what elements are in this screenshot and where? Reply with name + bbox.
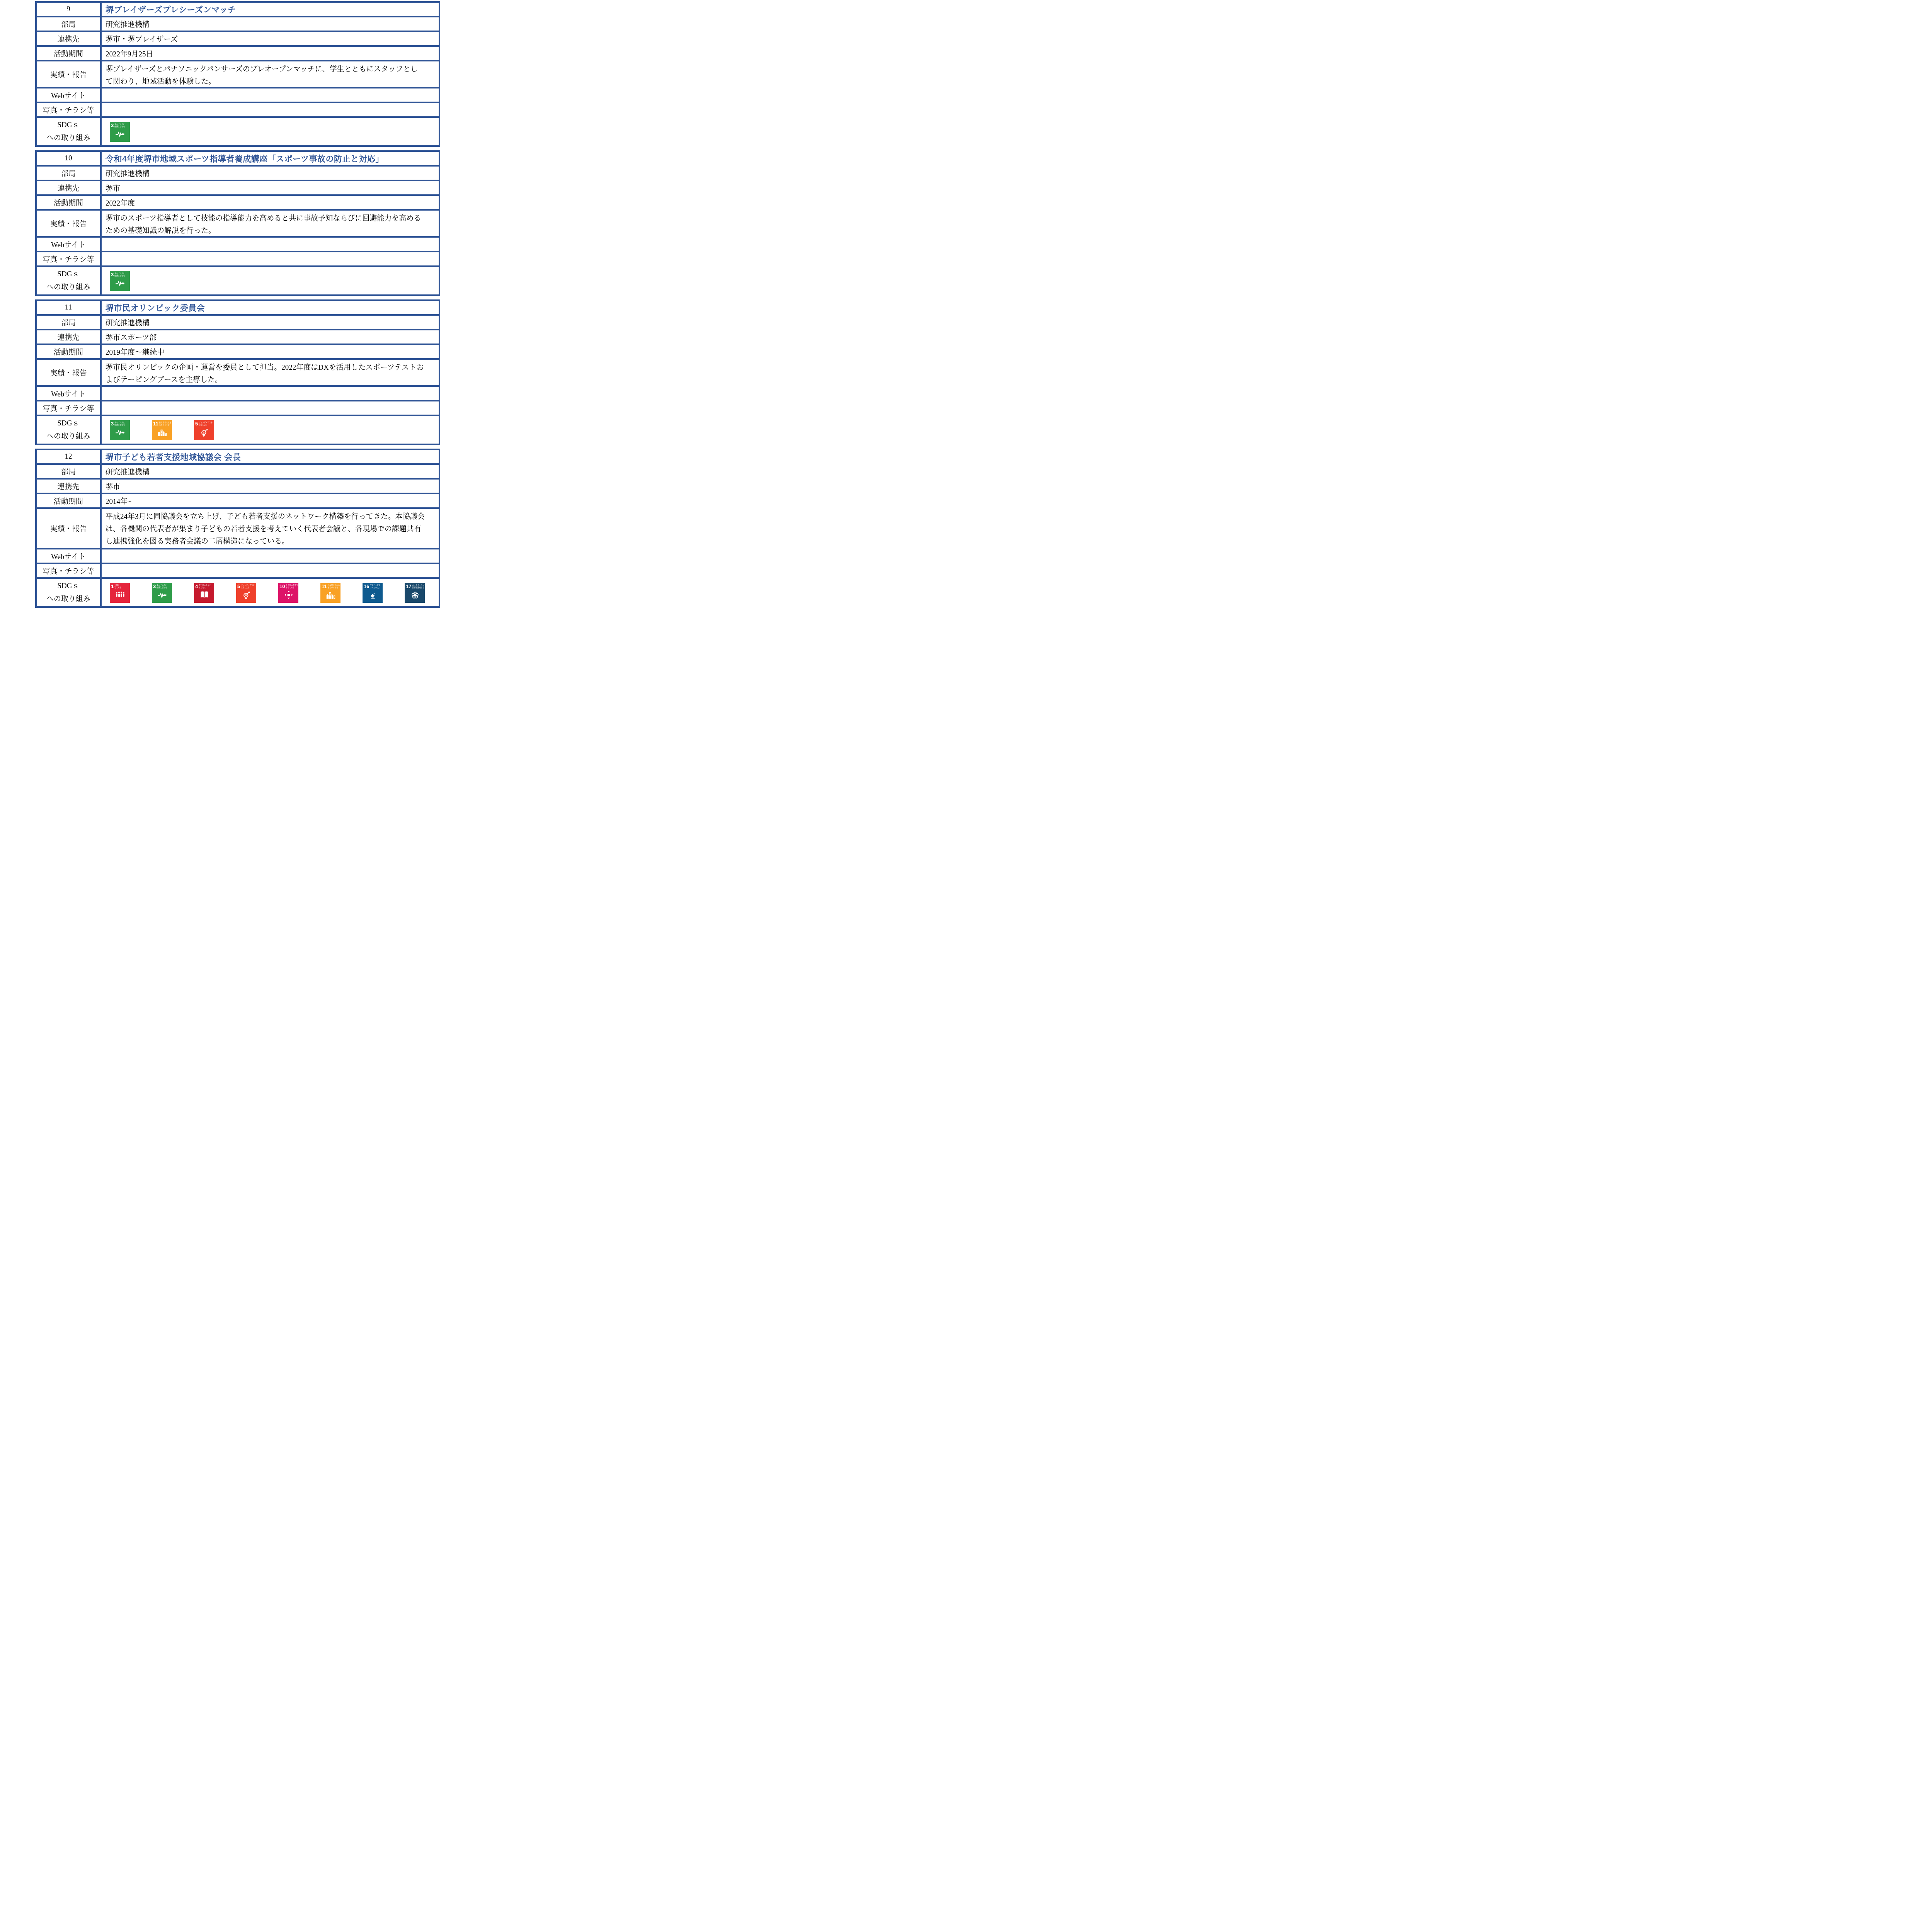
row-label-period: 活動期間 [37, 494, 102, 507]
row-period: 活動期間 2022年9月25日 [37, 45, 439, 60]
table-header-row: 12 堺市子ども若者支援地域協議会 会長 [37, 450, 439, 463]
sdg-goal-5-icon: 5ジェンダー平等を実現しよう [236, 583, 256, 603]
sdg-label-line2: への取り組み [46, 430, 90, 443]
sdg-goal-number: 10 [279, 584, 285, 589]
record-title: 堺ブレイザーズプレシーズンマッチ [102, 3, 439, 16]
sdg-goal-caption: 貧困をなくそう [114, 584, 121, 589]
sdg-goal-caption: ジェンダー平等を実現しよう [199, 421, 213, 426]
row-label-partner: 連携先 [37, 480, 102, 493]
sdg-label-line1: SDGｓ [57, 417, 79, 430]
partner-value: 堺市 [102, 480, 439, 493]
row-label-results: 実績・報告 [37, 211, 102, 236]
row-period: 活動期間 2014年~ [37, 493, 439, 507]
sdg-label-line1: SDGｓ [57, 268, 79, 281]
sdg-goal-3-icon: 3すべての人に健康と福祉を [110, 122, 130, 142]
results-value: 堺市民オリンピックの企画・運営を委員として担当。2022年度はDXを活用したスポ… [102, 360, 439, 385]
results-line: 堺市民オリンピックの企画・運営を委員として担当。2022年度はDXを活用したスポ… [106, 362, 436, 374]
dept-value: 研究推進機構 [102, 17, 439, 31]
dept-value: 研究推進機構 [102, 167, 439, 180]
record-number: 11 [37, 301, 102, 314]
sdg-goal-caption: パートナーシップで目標を達成しよう [412, 584, 427, 589]
record-title: 堺市子ども若者支援地域協議会 会長 [102, 450, 439, 463]
row-website: Webサイト [37, 548, 439, 563]
sdg-goal-number: 3 [111, 123, 114, 128]
row-period: 活動期間 2019年度～継続中 [37, 344, 439, 358]
row-partner: 連携先 堺市 [37, 180, 439, 194]
sdg-goal-pictogram [364, 589, 382, 601]
sdg-goal-caption: 人や国の不平等をなくそう [286, 584, 298, 589]
document-page: 9 堺ブレイザーズプレシーズンマッチ 部局 研究推進機構 連携先 堺市・堺ブレイ… [0, 0, 479, 621]
activity-record-11: 11 堺市民オリンピック委員会 部局 研究推進機構 連携先 堺市スポーツ部 活動… [35, 299, 440, 445]
sdg-goal-pictogram [195, 589, 213, 601]
row-label-sdgs: SDGｓ への取り組み [37, 416, 102, 444]
results-line: 平成24年3月に同協議会を立ち上げ、子ども若者支援のネットワーク構築を行ってきた… [106, 511, 436, 523]
row-dept: 部局 研究推進機構 [37, 165, 439, 180]
row-label-dept: 部局 [37, 465, 102, 478]
sdg-label-line2: への取り組み [46, 132, 90, 145]
photos-value [102, 103, 439, 116]
sdg-goal-caption: すべての人に健康と福祉を [114, 123, 125, 128]
results-line: 堺ブレイザーズとパナソニックパンサーズのプレオープンマッチに、学生とともにスタッ… [106, 63, 436, 76]
record-title: 令和4年度堺市地域スポーツ指導者養成講座「スポーツ事故の防止と対応」 [102, 152, 439, 165]
partner-value: 堺市スポーツ部 [102, 330, 439, 344]
sdg-goal-caption: ジェンダー平等を実現しよう [241, 584, 255, 589]
table-header-row: 9 堺ブレイザーズプレシーズンマッチ [37, 3, 439, 16]
row-label-website: Webサイト [37, 238, 102, 251]
sdg-goal-number: 1 [111, 584, 114, 589]
sdg-goal-number: 17 [406, 584, 411, 589]
sdg-goal-3-icon: 3すべての人に健康と福祉を [152, 583, 172, 603]
sdg-goal-pictogram [111, 426, 129, 439]
row-label-results: 実績・報告 [37, 360, 102, 385]
row-label-period: 活動期間 [37, 47, 102, 60]
row-results: 実績・報告 平成24年3月に同協議会を立ち上げ、子ども若者支援のネットワーク構築… [37, 507, 439, 548]
row-label-sdgs: SDGｓ への取り組み [37, 579, 102, 606]
row-sdgs: SDGｓ への取り組み 3すべての人に健康と福祉を [37, 116, 439, 145]
sdg-goal-pictogram [111, 128, 129, 140]
record-number: 10 [37, 152, 102, 165]
results-line: よびテーピングブースを主導した。 [106, 374, 436, 386]
row-photos: 写真・チラシ等 [37, 563, 439, 577]
row-dept: 部局 研究推進機構 [37, 463, 439, 478]
sdg-goal-17-icon: 17パートナーシップで目標を達成しよう [405, 583, 425, 603]
record-number: 12 [37, 450, 102, 463]
sdg-goal-1-icon: 1貧困をなくそう [110, 583, 130, 603]
sdg-icons: 3すべての人に健康と福祉を [102, 267, 439, 294]
sdg-goal-caption: すべての人に健康と福祉を [114, 272, 125, 277]
row-label-results: 実績・報告 [37, 61, 102, 87]
period-value: 2019年度～継続中 [102, 345, 439, 358]
row-photos: 写真・チラシ等 [37, 400, 439, 415]
website-value [102, 238, 439, 251]
sdg-label-line1: SDGｓ [57, 580, 79, 593]
sdg-goal-pictogram [153, 589, 171, 601]
sdg-goal-caption: 平和と公正をすべての人に [370, 584, 380, 589]
row-sdgs: SDGｓ への取り組み 3すべての人に健康と福祉を11住み続けられるまちづくりを… [37, 415, 439, 444]
sdg-icons: 3すべての人に健康と福祉を [102, 118, 439, 145]
row-label-dept: 部局 [37, 17, 102, 31]
sdg-goal-caption: すべての人に健康と福祉を [114, 421, 125, 426]
activity-record-10: 10 令和4年度堺市地域スポーツ指導者養成講座「スポーツ事故の防止と対応」 部局… [35, 150, 440, 296]
results-line: ための基礎知識の解説を行った。 [106, 225, 436, 237]
row-sdgs: SDGｓ への取り組み 3すべての人に健康と福祉を [37, 265, 439, 294]
results-value: 堺ブレイザーズとパナソニックパンサーズのプレオープンマッチに、学生とともにスタッ… [102, 61, 439, 87]
sdg-goal-3-icon: 3すべての人に健康と福祉を [110, 271, 130, 291]
website-value [102, 549, 439, 563]
sdg-goal-number: 3 [111, 272, 114, 277]
results-line: は、各機関の代表者が集まり子どもの若者支援を考えていく代表者会議と、各現場での課… [106, 523, 436, 536]
sdg-goal-caption: 住み続けられるまちづくりを [159, 421, 172, 426]
sdg-goal-16-icon: 16平和と公正をすべての人に [363, 583, 383, 603]
sdg-label-line2: への取り組み [46, 593, 90, 606]
photos-value [102, 252, 439, 265]
period-value: 2022年度 [102, 196, 439, 209]
row-results: 実績・報告 堺市のスポーツ指導者として技能の指導能力を高めると共に事故予知ならび… [37, 209, 439, 236]
row-dept: 部局 研究推進機構 [37, 314, 439, 329]
results-value: 堺市のスポーツ指導者として技能の指導能力を高めると共に事故予知ならびに回避能力を… [102, 211, 439, 236]
sdg-goal-5-icon: 5ジェンダー平等を実現しよう [194, 420, 214, 440]
row-website: Webサイト [37, 236, 439, 251]
row-label-partner: 連携先 [37, 32, 102, 45]
sdg-goal-pictogram [279, 589, 298, 601]
row-period: 活動期間 2022年度 [37, 194, 439, 209]
row-label-dept: 部局 [37, 167, 102, 180]
row-label-website: Webサイト [37, 88, 102, 102]
partner-value: 堺市 [102, 181, 439, 194]
sdg-goal-pictogram [322, 589, 340, 601]
record-title: 堺市民オリンピック委員会 [102, 301, 439, 314]
dept-value: 研究推進機構 [102, 316, 439, 329]
row-label-photos: 写真・チラシ等 [37, 401, 102, 415]
sdg-goal-pictogram [195, 426, 213, 439]
sdg-goal-number: 5 [237, 584, 240, 589]
sdg-label-line2: への取り組み [46, 281, 90, 294]
row-website: Webサイト [37, 385, 439, 400]
row-label-photos: 写真・チラシ等 [37, 103, 102, 116]
website-value [102, 387, 439, 400]
record-number: 9 [37, 3, 102, 16]
sdg-goal-4-icon: 4質の高い教育をみんなに [194, 583, 214, 603]
row-results: 実績・報告 堺ブレイザーズとパナソニックパンサーズのプレオープンマッチに、学生と… [37, 60, 439, 87]
sdg-goal-pictogram [153, 426, 171, 439]
sdg-goal-number: 11 [322, 584, 327, 589]
row-label-results: 実績・報告 [37, 509, 102, 548]
sdg-goal-number: 5 [195, 421, 198, 426]
dept-value: 研究推進機構 [102, 465, 439, 478]
partner-value: 堺市・堺ブレイザーズ [102, 32, 439, 45]
row-label-photos: 写真・チラシ等 [37, 564, 102, 577]
row-label-dept: 部局 [37, 316, 102, 329]
sdg-goal-number: 11 [153, 421, 158, 426]
sdg-goal-caption: 住み続けられるまちづくりを [328, 584, 340, 589]
website-value [102, 88, 439, 102]
row-partner: 連携先 堺市・堺ブレイザーズ [37, 31, 439, 45]
row-partner: 連携先 堺市 [37, 478, 439, 493]
row-photos: 写真・チラシ等 [37, 102, 439, 116]
sdg-goal-number: 3 [111, 421, 114, 426]
sdg-goal-caption: すべての人に健康と福祉を [157, 584, 167, 589]
row-label-period: 活動期間 [37, 196, 102, 209]
results-line: て関わり、地域活動を体験した。 [106, 76, 436, 88]
sdg-goal-number: 3 [153, 584, 156, 589]
activity-record-12: 12 堺市子ども若者支援地域協議会 会長 部局 研究推進機構 連携先 堺市 活動… [35, 449, 440, 608]
row-results: 実績・報告 堺市民オリンピックの企画・運営を委員として担当。2022年度はDXを… [37, 358, 439, 385]
sdg-goal-pictogram [406, 589, 424, 601]
sdg-goal-caption: 質の高い教育をみんなに [199, 584, 211, 589]
activity-record-9: 9 堺ブレイザーズプレシーズンマッチ 部局 研究推進機構 連携先 堺市・堺ブレイ… [35, 1, 440, 147]
row-label-partner: 連携先 [37, 330, 102, 344]
row-partner: 連携先 堺市スポーツ部 [37, 329, 439, 344]
row-label-website: Webサイト [37, 549, 102, 563]
photos-value [102, 401, 439, 415]
row-label-partner: 連携先 [37, 181, 102, 194]
period-value: 2022年9月25日 [102, 47, 439, 60]
row-website: Webサイト [37, 87, 439, 102]
row-label-website: Webサイト [37, 387, 102, 400]
sdg-goal-pictogram [111, 277, 129, 289]
row-sdgs: SDGｓ への取り組み 1貧困をなくそう3すべての人に健康と福祉を4質の高い教育… [37, 577, 439, 606]
sdg-goal-pictogram [237, 589, 255, 601]
sdg-icons: 3すべての人に健康と福祉を11住み続けられるまちづくりを5ジェンダー平等を実現し… [102, 416, 439, 444]
sdg-goal-pictogram [111, 589, 129, 601]
row-label-photos: 写真・チラシ等 [37, 252, 102, 265]
sdg-icons: 1貧困をなくそう3すべての人に健康と福祉を4質の高い教育をみんなに5ジェンダー平… [102, 579, 439, 606]
row-dept: 部局 研究推進機構 [37, 16, 439, 31]
sdg-goal-10-icon: 10人や国の不平等をなくそう [278, 583, 298, 603]
period-value: 2014年~ [102, 494, 439, 507]
table-header-row: 10 令和4年度堺市地域スポーツ指導者養成講座「スポーツ事故の防止と対応」 [37, 152, 439, 165]
row-label-sdgs: SDGｓ への取り組み [37, 267, 102, 294]
row-photos: 写真・チラシ等 [37, 251, 439, 265]
results-line: し連携強化を図る実務者会議の二層構造になっている。 [106, 536, 436, 548]
sdg-goal-11-icon: 11住み続けられるまちづくりを [320, 583, 340, 603]
sdg-goal-number: 4 [195, 584, 198, 589]
sdg-goal-number: 16 [364, 584, 369, 589]
table-header-row: 11 堺市民オリンピック委員会 [37, 301, 439, 314]
results-line: 堺市のスポーツ指導者として技能の指導能力を高めると共に事故予知ならびに回避能力を… [106, 213, 436, 225]
row-label-sdgs: SDGｓ への取り組み [37, 118, 102, 145]
sdg-goal-3-icon: 3すべての人に健康と福祉を [110, 420, 130, 440]
sdg-goal-11-icon: 11住み続けられるまちづくりを [152, 420, 172, 440]
photos-value [102, 564, 439, 577]
results-value: 平成24年3月に同協議会を立ち上げ、子ども若者支援のネットワーク構築を行ってきた… [102, 509, 439, 548]
row-label-period: 活動期間 [37, 345, 102, 358]
sdg-label-line1: SDGｓ [57, 119, 79, 132]
